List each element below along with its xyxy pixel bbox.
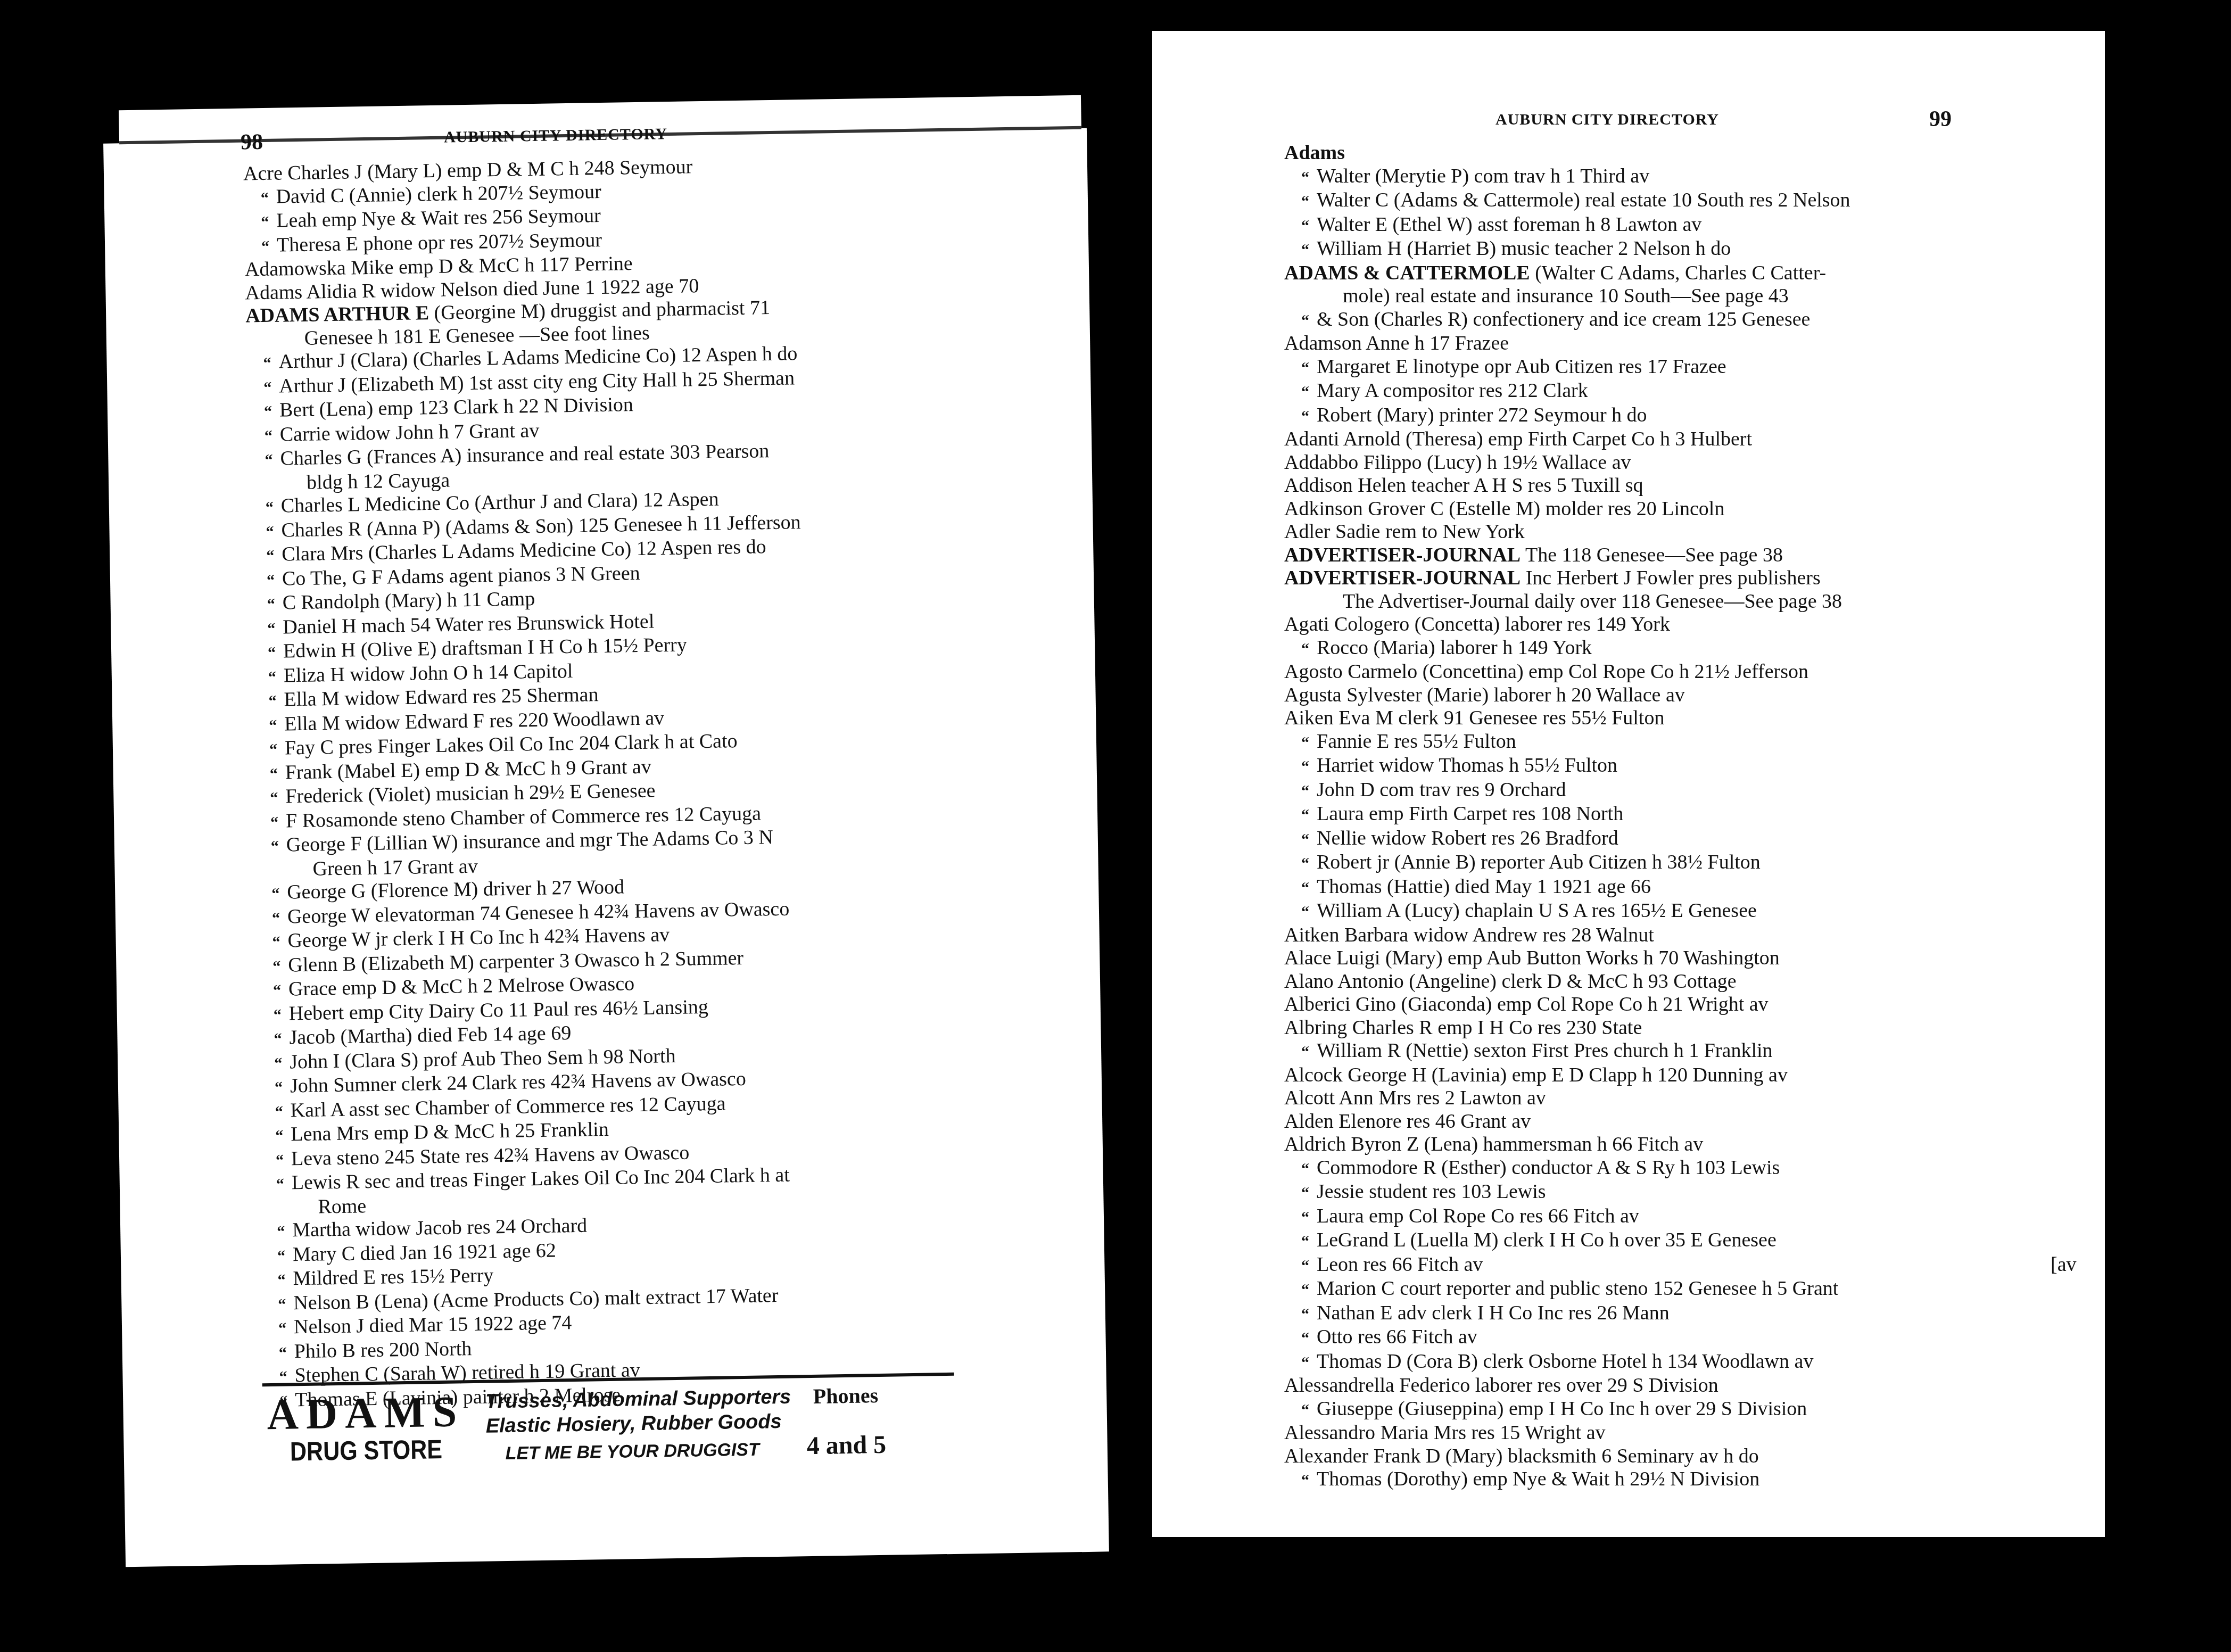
directory-entry: ADVERTISER-JOURNAL Inc Herbert J Fowler … xyxy=(1284,567,1850,590)
entry-text: Martha widow Jacob res 24 Orchard xyxy=(292,1215,588,1242)
page-number: 99 xyxy=(1929,106,1952,132)
entry-text: Robert jr (Annie B) reporter Aub Citizen… xyxy=(1317,851,1761,873)
ad-store: DRUG STORE xyxy=(290,1434,443,1467)
entry-text: Rocco (Maria) laborer h 149 York xyxy=(1317,637,1592,659)
directory-entry: Thomas D (Cora B) clerk Osborne Hotel h … xyxy=(1284,1350,1850,1375)
directory-entry: Giuseppe (Giuseppina) emp I H Co Inc h o… xyxy=(1284,1398,1850,1422)
entry-text: Alden Elenore res 46 Grant av xyxy=(1284,1110,1531,1133)
entry-text: Philo B res 200 North xyxy=(294,1337,472,1362)
entry-bold-name: ADAMS & CATTERMOLE xyxy=(1284,262,1530,284)
overflow-carry: [av xyxy=(2051,1253,2077,1277)
directory-entry: Marion C court reporter and public steno… xyxy=(1284,1277,1850,1302)
directory-entry: Nathan E adv clerk I H Co Inc res 26 Man… xyxy=(1284,1302,1850,1326)
entry-text: Nelson J died Mar 15 1922 age 74 xyxy=(294,1311,572,1338)
entry-text: Adkinson Grover C (Estelle M) molder res… xyxy=(1284,498,1724,520)
entry-text: Inc Herbert J Fowler pres publishers xyxy=(1521,567,1821,589)
entry-text: C Randolph (Mary) h 11 Camp xyxy=(282,588,535,614)
directory-entry: Alessandro Maria Mrs res 15 Wright av xyxy=(1284,1422,1850,1445)
directory-entry: Robert jr (Annie B) reporter Aub Citizen… xyxy=(1284,851,1850,875)
ad-phones: Phones 4 and 5 xyxy=(806,1383,887,1462)
entry-text: Mary C died Jan 16 1921 age 62 xyxy=(293,1239,557,1266)
entry-text: Rome xyxy=(318,1195,366,1218)
directory-entry: Laura emp Firth Carpet res 108 North xyxy=(1284,803,1850,827)
entry-text: Mary A compositor res 212 Clark xyxy=(1317,379,1588,402)
entry-text: Giuseppe (Giuseppina) emp I H Co Inc h o… xyxy=(1317,1398,1807,1420)
directory-entry: Thomas (Dorothy) emp Nye & Wait h 29½ N … xyxy=(1284,1468,1850,1492)
directory-entry: & Son (Charles R) confectionery and ice … xyxy=(1284,308,1850,333)
entry-text: Thomas (Dorothy) emp Nye & Wait h 29½ N … xyxy=(1317,1468,1759,1490)
entry-continuation: mole) real estate and insurance 10 South… xyxy=(1284,285,1850,308)
entry-text: Fannie E res 55½ Fulton xyxy=(1317,730,1516,753)
entry-text: Addison Helen teacher A H S res 5 Tuxill… xyxy=(1284,474,1643,497)
entry-text: Nathan E adv clerk I H Co Inc res 26 Man… xyxy=(1317,1302,1670,1324)
directory-entry: Otto res 66 Fitch av xyxy=(1284,1326,1850,1350)
entry-text: Laura emp Firth Carpet res 108 North xyxy=(1317,803,1623,825)
directory-entries-right: AdamsWalter (Merytie P) com trav h 1 Thi… xyxy=(1284,142,1850,1492)
entry-bold-name: ADVERTISER-JOURNAL xyxy=(1284,544,1521,566)
directory-entry: Aiken Eva M clerk 91 Genesee res 55½ Ful… xyxy=(1284,707,1850,730)
running-head: AUBURN CITY DIRECTORY xyxy=(444,125,667,147)
entry-text: Green h 17 Grant av xyxy=(312,855,478,880)
directory-entry: Agusta Sylvester (Marie) laborer h 20 Wa… xyxy=(1284,684,1850,707)
entry-bold-name: ADVERTISER-JOURNAL xyxy=(1284,567,1521,589)
entry-text: Alberici Gino (Giaconda) emp Col Rope Co… xyxy=(1284,993,1769,1015)
directory-entry: Aitken Barbara widow Andrew res 28 Walnu… xyxy=(1284,924,1850,947)
directory-entry: Agati Cologero (Concetta) laborer res 14… xyxy=(1284,613,1850,637)
entry-text: Theresa E phone opr res 207½ Seymour xyxy=(277,228,602,256)
entry-text: The Advertiser-Journal daily over 118 Ge… xyxy=(1343,590,1842,613)
entry-text: Robert (Mary) printer 272 Seymour h do xyxy=(1317,404,1647,426)
entry-text: (Georgine M) druggist and pharmacist 71 xyxy=(429,296,771,324)
directory-entry: Alace Luigi (Mary) emp Aub Button Works … xyxy=(1284,947,1850,970)
entry-continuation: The Advertiser-Journal daily over 118 Ge… xyxy=(1284,590,1850,614)
directory-entry: Aldrich Byron Z (Lena) hammersman h 66 F… xyxy=(1284,1133,1850,1157)
entry-text: LeGrand L (Luella M) clerk I H Co h over… xyxy=(1317,1229,1776,1251)
entry-text: Harriet widow Thomas h 55½ Fulton xyxy=(1317,754,1617,777)
adams-drug-store-ad: ADAMS DRUG STORE Trusses, Abdominal Supp… xyxy=(267,1383,887,1471)
entry-text: Jacob (Martha) died Feb 14 age 69 xyxy=(289,1022,571,1048)
running-head: AUBURN CITY DIRECTORY xyxy=(1495,111,1719,129)
ad-phones-label: Phones xyxy=(813,1383,878,1409)
entry-text: Aiken Eva M clerk 91 Genesee res 55½ Ful… xyxy=(1284,707,1664,729)
entry-text: (Walter C Adams, Charles C Catter- xyxy=(1530,262,1827,284)
directory-entry: Addabbo Filippo (Lucy) h 19½ Wallace av xyxy=(1284,451,1850,475)
entry-text: Agati Cologero (Concetta) laborer res 14… xyxy=(1284,613,1670,635)
directory-entry: Adkinson Grover C (Estelle M) molder res… xyxy=(1284,498,1850,521)
entry-text: Walter (Merytie P) com trav h 1 Third av xyxy=(1317,165,1649,187)
entry-text: Walter E (Ethel W) asst foreman h 8 Lawt… xyxy=(1317,213,1701,236)
entry-text: Lena Mrs emp D & McC h 25 Franklin xyxy=(291,1118,609,1145)
directory-entry: Adler Sadie rem to New York xyxy=(1284,521,1850,544)
entry-text: Carrie widow John h 7 Grant av xyxy=(279,419,539,445)
entry-text: Agusta Sylvester (Marie) laborer h 20 Wa… xyxy=(1284,684,1685,706)
directory-entry: Harriet widow Thomas h 55½ Fulton xyxy=(1284,754,1850,779)
directory-entry: ADAMS & CATTERMOLE (Walter C Adams, Char… xyxy=(1284,262,1850,285)
entry-text: Agosto Carmelo (Concettina) emp Col Rope… xyxy=(1284,660,1808,683)
entry-text: Margaret E linotype opr Aub Citizen res … xyxy=(1317,356,1726,378)
directory-entry: Alexander Frank D (Mary) blacksmith 6 Se… xyxy=(1284,1445,1850,1468)
entry-text: Adamson Anne h 17 Frazee xyxy=(1284,332,1509,354)
directory-entry: ADVERTISER-JOURNAL The 118 Genesee—See p… xyxy=(1284,544,1850,567)
entry-text: & Son (Charles R) confectionery and ice … xyxy=(1317,308,1810,331)
entry-text: Thomas D (Cora B) clerk Osborne Hotel h … xyxy=(1317,1350,1813,1373)
entry-text: Alexander Frank D (Mary) blacksmith 6 Se… xyxy=(1284,1445,1759,1467)
entry-text: Leon res 66 Fitch av xyxy=(1317,1253,1483,1276)
entry-text: Eliza H widow John O h 14 Capitol xyxy=(284,659,573,687)
entry-text: Alcott Ann Mrs res 2 Lawton av xyxy=(1284,1087,1546,1109)
entry-text: David C (Annie) clerk h 207½ Seymour xyxy=(276,180,601,208)
entry-text: Alano Antonio (Angeline) clerk D & McC h… xyxy=(1284,970,1737,993)
entry-text: Mildred E res 15½ Perry xyxy=(293,1264,493,1290)
entry-text: Walter C (Adams & Cattermole) real estat… xyxy=(1317,189,1850,211)
entry-text: Adanti Arnold (Theresa) emp Firth Carpet… xyxy=(1284,428,1752,450)
entry-bold-name: ADAMS ARTHUR E xyxy=(245,302,429,327)
directory-entry: Adanti Arnold (Theresa) emp Firth Carpet… xyxy=(1284,428,1850,451)
directory-entry: Mary A compositor res 212 Clark xyxy=(1284,379,1850,404)
directory-entry: Adamson Anne h 17 Frazee xyxy=(1284,332,1850,356)
directory-entry: William R (Nettie) sexton First Pres chu… xyxy=(1284,1039,1850,1064)
left-page: 98 AUBURN CITY DIRECTORY Acre Charles J … xyxy=(103,128,1109,1567)
directory-entry: Laura emp Col Rope Co res 66 Fitch av xyxy=(1284,1205,1850,1229)
directory-entry: Rocco (Maria) laborer h 149 York xyxy=(1284,637,1850,661)
entry-text: Ella M widow Edward res 25 Sherman xyxy=(284,683,599,711)
entry-text: Alessandrella Federico laborer res over … xyxy=(1284,1374,1718,1397)
entry-text: Otto res 66 Fitch av xyxy=(1317,1326,1477,1348)
directory-entry: Fannie E res 55½ Fulton xyxy=(1284,730,1850,755)
surname-heading: Adams xyxy=(1284,142,1850,165)
directory-entry: John D com trav res 9 Orchard xyxy=(1284,779,1850,803)
directory-entry: Alden Elenore res 46 Grant av xyxy=(1284,1110,1850,1134)
entry-text: William R (Nettie) sexton First Pres chu… xyxy=(1317,1039,1773,1062)
directory-entry: Addison Helen teacher A H S res 5 Tuxill… xyxy=(1284,474,1850,498)
directory-entry: Albring Charles R emp I H Co res 230 Sta… xyxy=(1284,1017,1850,1040)
directory-entry: Alano Antonio (Angeline) clerk D & McC h… xyxy=(1284,970,1850,994)
directory-entry: Alcott Ann Mrs res 2 Lawton av xyxy=(1284,1087,1850,1110)
entry-text: Laura emp Col Rope Co res 66 Fitch av xyxy=(1317,1205,1639,1227)
entry-text: William H (Harriet B) music teacher 2 Ne… xyxy=(1317,237,1731,260)
entry-text: Grace emp D & McC h 2 Melrose Owasco xyxy=(288,972,635,1000)
right-page: AUBURN CITY DIRECTORY 99 AdamsWalter (Me… xyxy=(1152,31,2105,1537)
entry-text: Aitken Barbara widow Andrew res 28 Walnu… xyxy=(1284,924,1654,946)
directory-entry: Jessie student res 103 Lewis xyxy=(1284,1180,1850,1205)
directory-entry: Alcock George H (Lavinia) emp E D Clapp … xyxy=(1284,1064,1850,1087)
directory-entry: Leon res 66 Fitch av[av xyxy=(1284,1253,1850,1278)
entry-text: Alcock George H (Lavinia) emp E D Clapp … xyxy=(1284,1064,1788,1086)
entry-text: Adler Sadie rem to New York xyxy=(1284,521,1525,543)
ad-line-2: Elastic Hosiery, Rubber Goods xyxy=(485,1409,791,1439)
entry-text: William A (Lucy) chaplain U S A res 165½… xyxy=(1317,899,1757,922)
directory-entry: Walter E (Ethel W) asst foreman h 8 Lawt… xyxy=(1284,213,1850,238)
directory-entry: Robert (Mary) printer 272 Seymour h do xyxy=(1284,404,1850,428)
directory-entry: Walter (Merytie P) com trav h 1 Third av xyxy=(1284,165,1850,189)
entry-text: George G (Florence M) driver h 27 Wood xyxy=(287,875,625,903)
directory-entry: LeGrand L (Luella M) clerk I H Co h over… xyxy=(1284,1229,1850,1253)
entry-text: Nellie widow Robert res 26 Bradford xyxy=(1317,827,1618,849)
page-number: 98 xyxy=(241,129,263,155)
directory-entry: Agosto Carmelo (Concettina) emp Col Rope… xyxy=(1284,660,1850,684)
entry-text: Albring Charles R emp I H Co res 230 Sta… xyxy=(1284,1017,1642,1039)
entry-text: Jessie student res 103 Lewis xyxy=(1317,1180,1546,1203)
entry-text: The 118 Genesee—See page 38 xyxy=(1521,544,1783,566)
directory-entry: William A (Lucy) chaplain U S A res 165½… xyxy=(1284,899,1850,924)
entry-text: Alace Luigi (Mary) emp Aub Button Works … xyxy=(1284,947,1780,969)
directory-entry: Margaret E linotype opr Aub Citizen res … xyxy=(1284,356,1850,380)
entry-text: Alessandro Maria Mrs res 15 Wright av xyxy=(1284,1422,1606,1444)
entry-text: Thomas (Hattie) died May 1 1921 age 66 xyxy=(1317,875,1651,898)
directory-entry: Nellie widow Robert res 26 Bradford xyxy=(1284,827,1850,852)
entry-text: Aldrich Byron Z (Lena) hammersman h 66 F… xyxy=(1284,1133,1703,1155)
ad-product-lines: Trusses, Abdominal Supporters Elastic Ho… xyxy=(485,1385,792,1466)
ad-slogan: LET ME BE YOUR DRUGGIST xyxy=(486,1437,792,1466)
entry-text: Addabbo Filippo (Lucy) h 19½ Wallace av xyxy=(1284,451,1631,474)
directory-entries-left: Acre Charles J (Mary L) emp D & M C h 24… xyxy=(243,154,815,1413)
ad-phones-numbers: 4 and 5 xyxy=(806,1429,886,1462)
directory-entry: William H (Harriet B) music teacher 2 Ne… xyxy=(1284,237,1850,262)
ad-brand: ADAMS xyxy=(267,1390,465,1436)
ad-brand-block: ADAMS DRUG STORE xyxy=(267,1390,465,1467)
entry-text: Leah emp Nye & Wait res 256 Seymour xyxy=(276,204,601,232)
directory-entry: Thomas (Hattie) died May 1 1921 age 66 xyxy=(1284,875,1850,900)
entry-text: Commodore R (Esther) conductor A & S Ry … xyxy=(1317,1157,1780,1179)
directory-entry: Commodore R (Esther) conductor A & S Ry … xyxy=(1284,1157,1850,1181)
entry-text: Adams xyxy=(1284,142,1345,164)
directory-entry: Alessandrella Federico laborer res over … xyxy=(1284,1374,1850,1398)
entry-text: mole) real estate and insurance 10 South… xyxy=(1343,285,1789,307)
entry-text: bldg h 12 Cayuga xyxy=(307,469,450,493)
directory-entry: Walter C (Adams & Cattermole) real estat… xyxy=(1284,189,1850,213)
entry-text: John D com trav res 9 Orchard xyxy=(1317,779,1566,801)
directory-entry: Alberici Gino (Giaconda) emp Col Rope Co… xyxy=(1284,993,1850,1017)
entry-text: Marion C court reporter and public steno… xyxy=(1317,1277,1838,1300)
